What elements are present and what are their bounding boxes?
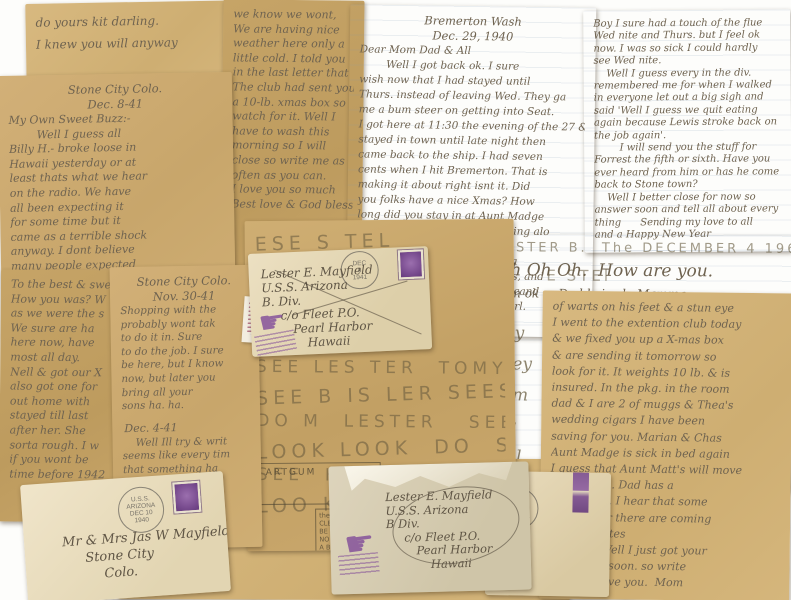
letter-text-block: Boy I sure had a touch of the flueWed ni…: [583, 9, 791, 250]
torn-postage-stamp: [572, 472, 589, 512]
handwritten-line: answer soon and tell all about every: [595, 203, 782, 217]
handwritten-line: Nell & got our X: [10, 365, 123, 381]
handwritten-line: Hawaii: [431, 556, 495, 571]
handwritten-line: morning so I will: [232, 139, 353, 155]
handwritten-line: also got one for: [10, 380, 123, 396]
letter-dateline-dec4: Dec. 4-41: [124, 420, 250, 435]
letter-heading: Bremerton WashDec. 29, 1940: [360, 12, 586, 45]
letters-photo: do yours kit darling.I knew you will any…: [0, 0, 791, 600]
handwritten-line: we know we wont,: [233, 7, 354, 23]
handwritten-line: a 10-lb. xmas box so: [232, 95, 353, 111]
handwritten-line: out home with: [10, 394, 123, 410]
handwritten-line: close so write me as: [232, 153, 353, 169]
handwritten-line: most all day.: [10, 350, 123, 366]
postage-stamp: [172, 481, 201, 514]
handwritten-line: if you wont be: [9, 453, 122, 469]
letter-text-block: we know we wont,We are having niceweathe…: [221, 0, 364, 221]
handwritten-line: The club had sent you: [233, 80, 354, 96]
postage-stamp: [398, 249, 424, 279]
handwritten-line: We sure are ha: [11, 321, 124, 337]
handwritten-line: here now, have: [10, 336, 123, 352]
handwritten-line: in everyone let out a big sigh and: [594, 92, 781, 106]
censor-stamp-text-lines: [338, 552, 380, 578]
handwritten-line: To the best & sweet: [11, 278, 124, 294]
handwritten-line: sons ha. ha.: [122, 398, 250, 414]
handwritten-line: in the last letter that: [233, 66, 354, 82]
handwritten-line: I knew you will anyway: [36, 30, 242, 56]
handwritten-line: We are having nice: [233, 22, 354, 38]
handwritten-line: little cold. I told you: [233, 51, 354, 67]
letter-heading: Stone City Colo.Nov. 30-41: [120, 273, 249, 305]
handwritten-line: 1940: [134, 516, 149, 524]
letter-text-block: do yours kit darling.I knew you will any…: [25, 0, 252, 64]
handwritten-line: after her. She: [10, 423, 123, 439]
letter-bremerton-page2: Boy I sure had a touch of the flueWed ni…: [583, 9, 791, 252]
letter-body-1: Shopping with theprobably wont takto do …: [120, 303, 250, 414]
handwritten-line: Hawaii: [307, 332, 375, 349]
handwritten-line: now. I was so sick I could hardly: [593, 42, 780, 56]
handwritten-line: Forrest the fifth or sixth. Have you: [594, 154, 781, 168]
handwritten-line: as we were the s: [11, 307, 124, 323]
handwritten-line: have to wash this: [232, 124, 353, 140]
handwritten-line: I love you so much: [231, 182, 352, 198]
handwritten-line: again because Lewis stroke back on: [594, 117, 781, 131]
envelope-uss-arizona-torn: Lester E. MayfieldU.S.S. ArizonaB Div.c/…: [328, 461, 531, 594]
envelope-address: Mr & Mrs Jas W MayfieldStone CityColo.: [62, 523, 231, 586]
handwritten-line: sorta rough. I w: [10, 438, 123, 454]
handwritten-line: Wed nite and Thurs. but I feel ok: [593, 30, 780, 44]
letter-heading: Stone City Colo.Dec. 8-41: [8, 80, 222, 114]
handwritten-line: stayed till last: [10, 409, 123, 425]
handwritten-line: Stone City Colo.: [120, 273, 248, 290]
handwritten-line: ever heard from him or has he come: [594, 166, 781, 180]
envelope-uss-arizona-dec-1941: DEC81941 Lester E. MayfieldU.S.S. Arizon…: [248, 246, 432, 357]
handwritten-line: weather here only a: [233, 37, 354, 53]
handwritten-line: How you was? W: [11, 292, 124, 308]
envelope-address: Lester E. MayfieldU.S.S. ArizonaB Div.c/…: [385, 488, 494, 572]
handwritten-line: often as you can.: [232, 168, 353, 184]
envelope-to-stone-city: U.S.S.ARIZONADEC 101940 Mr & Mrs Jas W M…: [20, 471, 231, 600]
handwritten-line: Best love & God bless you: [231, 197, 352, 213]
handwritten-line: watch for it. Well I: [232, 110, 353, 126]
